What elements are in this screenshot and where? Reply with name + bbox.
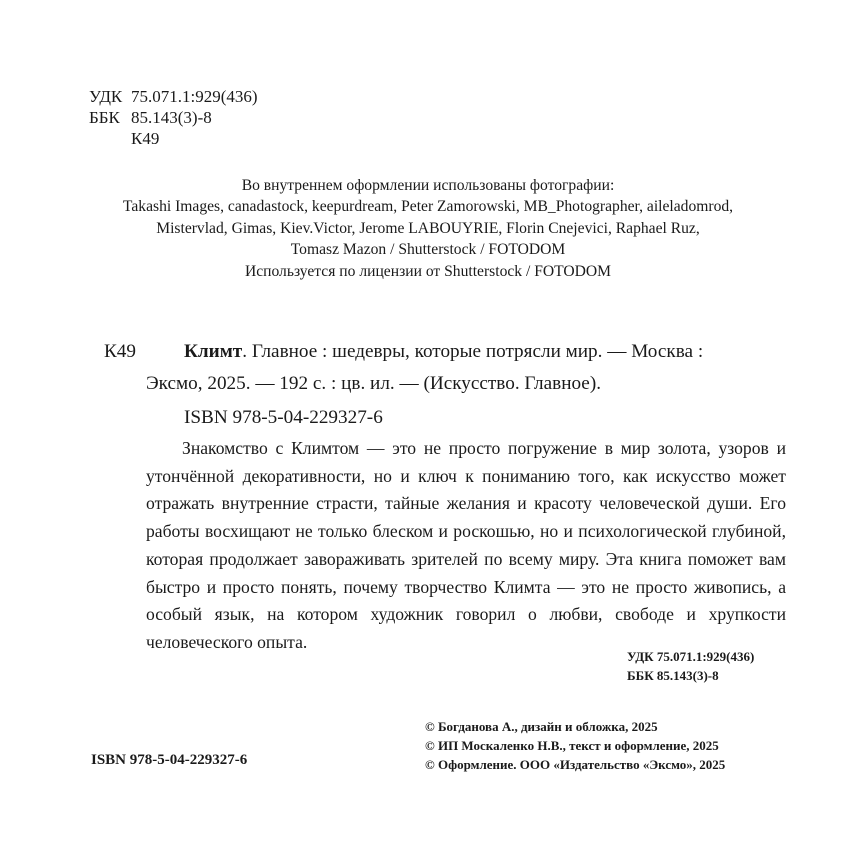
bib-isbn: ISBN 978-5-04-229327-6	[184, 402, 383, 434]
classification-codes-footer: УДК 75.071.1:929(436) ББК 85.143(3)-8	[627, 647, 754, 685]
bib-author: Климт	[184, 341, 242, 362]
author-mark: К49	[131, 128, 159, 149]
footer-isbn: ISBN 978-5-04-229327-6	[91, 752, 247, 769]
author-mark-row: К49	[89, 128, 258, 149]
bbk-value: 85.143(3)-8	[131, 107, 212, 128]
bib-publication-line: Эксмо, 2025. — 192 с. : цв. ил. — (Искус…	[146, 368, 601, 400]
annotation: Знакомство с Климтом — это не просто пог…	[146, 435, 786, 657]
footer-bbk: ББК 85.143(3)-8	[627, 666, 754, 685]
copyright-line: © Оформление. ООО «Издательство «Эксмо»,…	[425, 755, 725, 774]
classification-codes-header: УДК 75.071.1:929(436) ББК 85.143(3)-8 К4…	[89, 86, 258, 149]
photo-credits: Во внутреннем оформлении использованы фо…	[60, 175, 796, 282]
bbk-label: ББК	[89, 107, 131, 128]
bib-title-line: Климт. Главное : шедевры, которые потряс…	[184, 336, 703, 368]
bib-index: К49	[104, 336, 136, 368]
annotation-text: Знакомство с Климтом — это не просто пог…	[146, 435, 786, 657]
copyright-line: © Богданова А., дизайн и обложка, 2025	[425, 717, 725, 736]
footer-udk: УДК 75.071.1:929(436)	[627, 647, 754, 666]
udk-label: УДК	[89, 86, 131, 107]
udk-value: 75.071.1:929(436)	[131, 86, 258, 107]
credits-line: Используется по лицензии от Shutterstock…	[60, 261, 796, 282]
credits-line: Takashi Images, canadastock, keepurdream…	[60, 196, 796, 217]
credits-line: Во внутреннем оформлении использованы фо…	[60, 175, 796, 196]
udk-row: УДК 75.071.1:929(436)	[89, 86, 258, 107]
bbk-row: ББК 85.143(3)-8	[89, 107, 258, 128]
credits-line: Mistervlad, Gimas, Kiev.Victor, Jerome L…	[60, 218, 796, 239]
credits-line: Tomasz Mazon / Shutterstock / FOTODOM	[60, 239, 796, 260]
copyright-line: © ИП Москаленко Н.В., текст и оформление…	[425, 736, 725, 755]
bib-title: . Главное : шедевры, которые потрясли ми…	[242, 341, 703, 362]
copyright-block: © Богданова А., дизайн и обложка, 2025 ©…	[425, 717, 725, 774]
